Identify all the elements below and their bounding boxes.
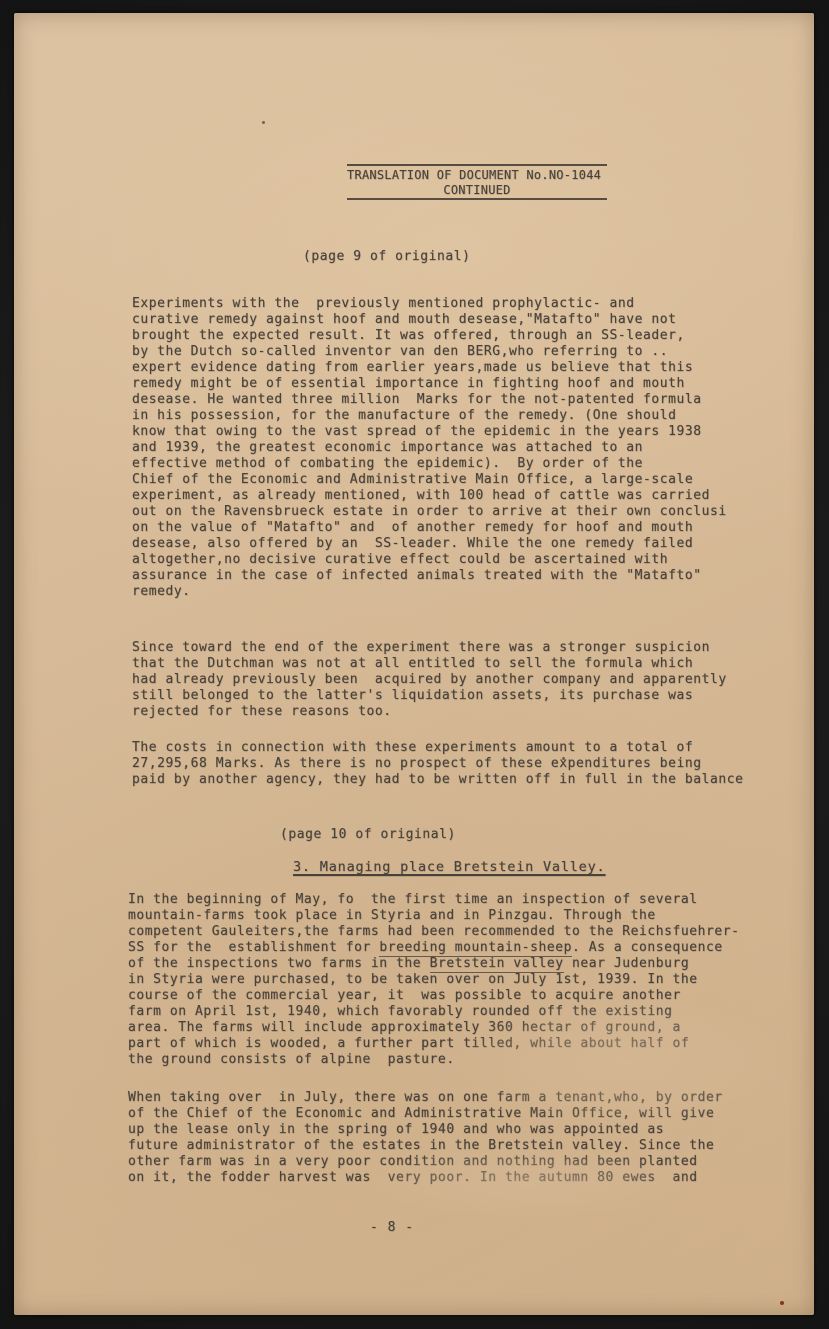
document-title: TRANSLATION OF DOCUMENT No.NO-1044 — [347, 166, 607, 182]
paragraph-mountain-farms: In the beginning of May, fo the first ti… — [128, 892, 740, 1068]
page-10-label: (page 10 of original) — [280, 827, 456, 842]
paragraph-matafto-experiments: Experiments with the previously mentione… — [132, 296, 727, 600]
document-page: TRANSLATION OF DOCUMENT No.NO-1044 CONTI… — [14, 13, 814, 1315]
paragraph-dutchman-suspicion: Since toward the end of the experiment t… — [132, 640, 727, 720]
red-ink-mark — [780, 1301, 784, 1305]
paragraph-taking-over: When taking over in July, there was on o… — [128, 1090, 723, 1186]
paragraph-experiment-costs: The costs in connection with these exper… — [132, 740, 744, 788]
document-header: TRANSLATION OF DOCUMENT No.NO-1044 CONTI… — [347, 164, 607, 200]
paper-speck — [262, 121, 265, 124]
page-number: - 8 - — [370, 1220, 414, 1235]
page-9-label: (page 9 of original) — [303, 249, 471, 264]
scan-background: TRANSLATION OF DOCUMENT No.NO-1044 CONTI… — [0, 0, 829, 1329]
section-heading-bretstein: 3. Managing place Bretstein Valley. — [293, 859, 605, 875]
document-subtitle: CONTINUED — [347, 182, 607, 200]
